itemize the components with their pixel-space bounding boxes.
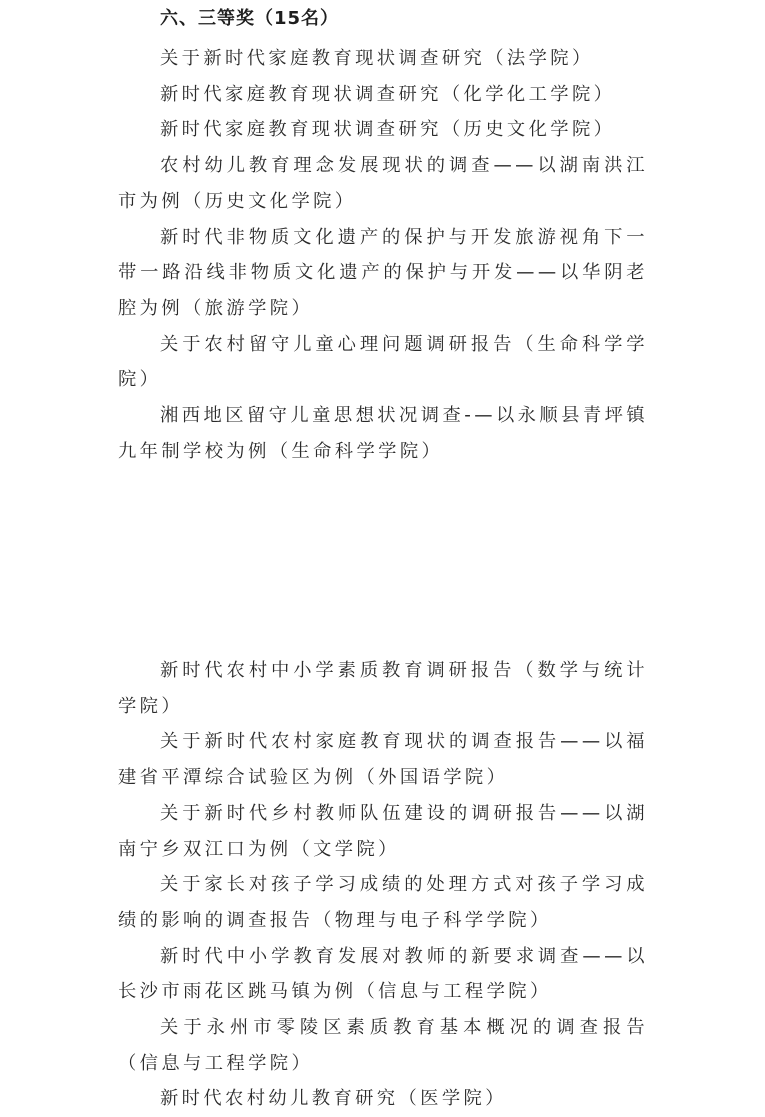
award-entry: 关于家长对孩子学习成绩的处理方式对孩子学习成绩的影响的调查报告（物理与电子科学学… (118, 867, 648, 938)
award-entry: 新时代中小学教育发展对教师的新要求调查——以长沙市雨花区跳马镇为例（信息与工程学… (118, 939, 648, 1010)
award-list-part-2: 新时代农村中小学素质教育调研报告（数学与统计学院） 关于新时代农村家庭教育现状的… (118, 653, 648, 1117)
section-heading: 六、三等奖（15名） (160, 4, 339, 34)
award-entry: 新时代农村中小学素质教育调研报告（数学与统计学院） (118, 653, 648, 724)
award-entry: 新时代非物质文化遗产的保护与开发旅游视角下一带一路沿线非物质文化遗产的保护与开发… (118, 220, 648, 327)
award-entry: 关于永州市零陵区素质教育基本概况的调查报告（信息与工程学院） (118, 1010, 648, 1081)
award-entry: 湘西地区留守儿童思想状况调查-—以永顺县青坪镇九年制学校为例（生命科学学院） (118, 398, 648, 469)
award-entry: 关于新时代乡村教师队伍建设的调研报告——以湖南宁乡双江口为例（文学院） (118, 796, 648, 867)
award-entry: 新时代家庭教育现状调查研究（化学化工学院） (118, 77, 648, 113)
document-page: 六、三等奖（15名） 关于新时代家庭教育现状调查研究（法学院） 新时代家庭教育现… (0, 0, 765, 1117)
award-entry: 农村幼儿教育理念发展现状的调查——以湖南洪江市为例（历史文化学院） (118, 148, 648, 219)
award-entry: 关于农村留守儿童心理问题调研报告（生命科学学院） (118, 327, 648, 398)
award-entry: 新时代家庭教育现状调查研究（历史文化学院） (118, 112, 648, 148)
award-list-part-1: 关于新时代家庭教育现状调查研究（法学院） 新时代家庭教育现状调查研究（化学化工学… (118, 41, 648, 469)
award-entry: 关于新时代农村家庭教育现状的调查报告——以福建省平潭综合试验区为例（外国语学院） (118, 724, 648, 795)
award-entry: 关于新时代家庭教育现状调查研究（法学院） (118, 41, 648, 77)
award-entry: 新时代农村幼儿教育研究（医学院） (118, 1081, 648, 1117)
